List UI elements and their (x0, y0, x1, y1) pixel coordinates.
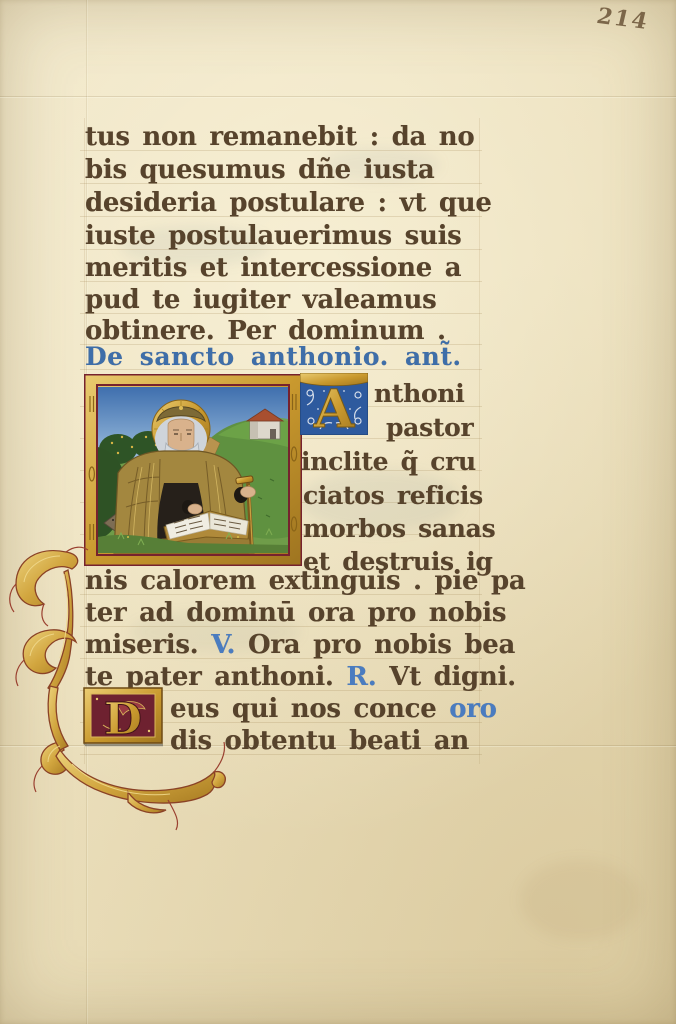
text-line: bis quesumus dñe iusta (85, 157, 434, 183)
text-line: ciatos reficis (303, 483, 483, 508)
illuminated-initial-a: A (300, 373, 368, 435)
text-line: meritis et intercessione a (85, 255, 461, 281)
text-line: pastor (386, 415, 473, 440)
text-segment: Vt digni. (376, 662, 515, 692)
oratio-rubric: oro (449, 694, 496, 724)
initial-letter-a: A (313, 379, 355, 435)
text-line: obtinere. Per dominum . (85, 318, 446, 344)
manuscript-page: 214 tus non remanebit : da no bis quesum… (0, 0, 676, 1024)
text-line: nthoni (374, 381, 464, 406)
hand-on-staff (241, 487, 256, 498)
text-line: inclite q̃ cru (301, 449, 476, 474)
stain (520, 860, 640, 940)
rubric-line: De sancto anthonio. ant̃. (85, 344, 462, 369)
text-line: pud te iugiter valeamus (85, 287, 436, 313)
acanthus-leaves (16, 551, 225, 813)
hand-on-book (188, 504, 202, 514)
text-line: morbos sanas (303, 516, 495, 541)
response-mark: R. (346, 662, 376, 692)
text-line: desideria postulare : vt que (85, 190, 492, 216)
foliate-border (8, 538, 238, 838)
folio-number: 214 (594, 3, 651, 35)
text-segment: Ora pro nobis bea (235, 630, 515, 660)
text-line: iuste postulauerimus suis (85, 223, 462, 249)
hat-ornament (179, 406, 183, 410)
text-line: tus non remanebit : da no (85, 124, 474, 150)
crease (0, 96, 676, 97)
